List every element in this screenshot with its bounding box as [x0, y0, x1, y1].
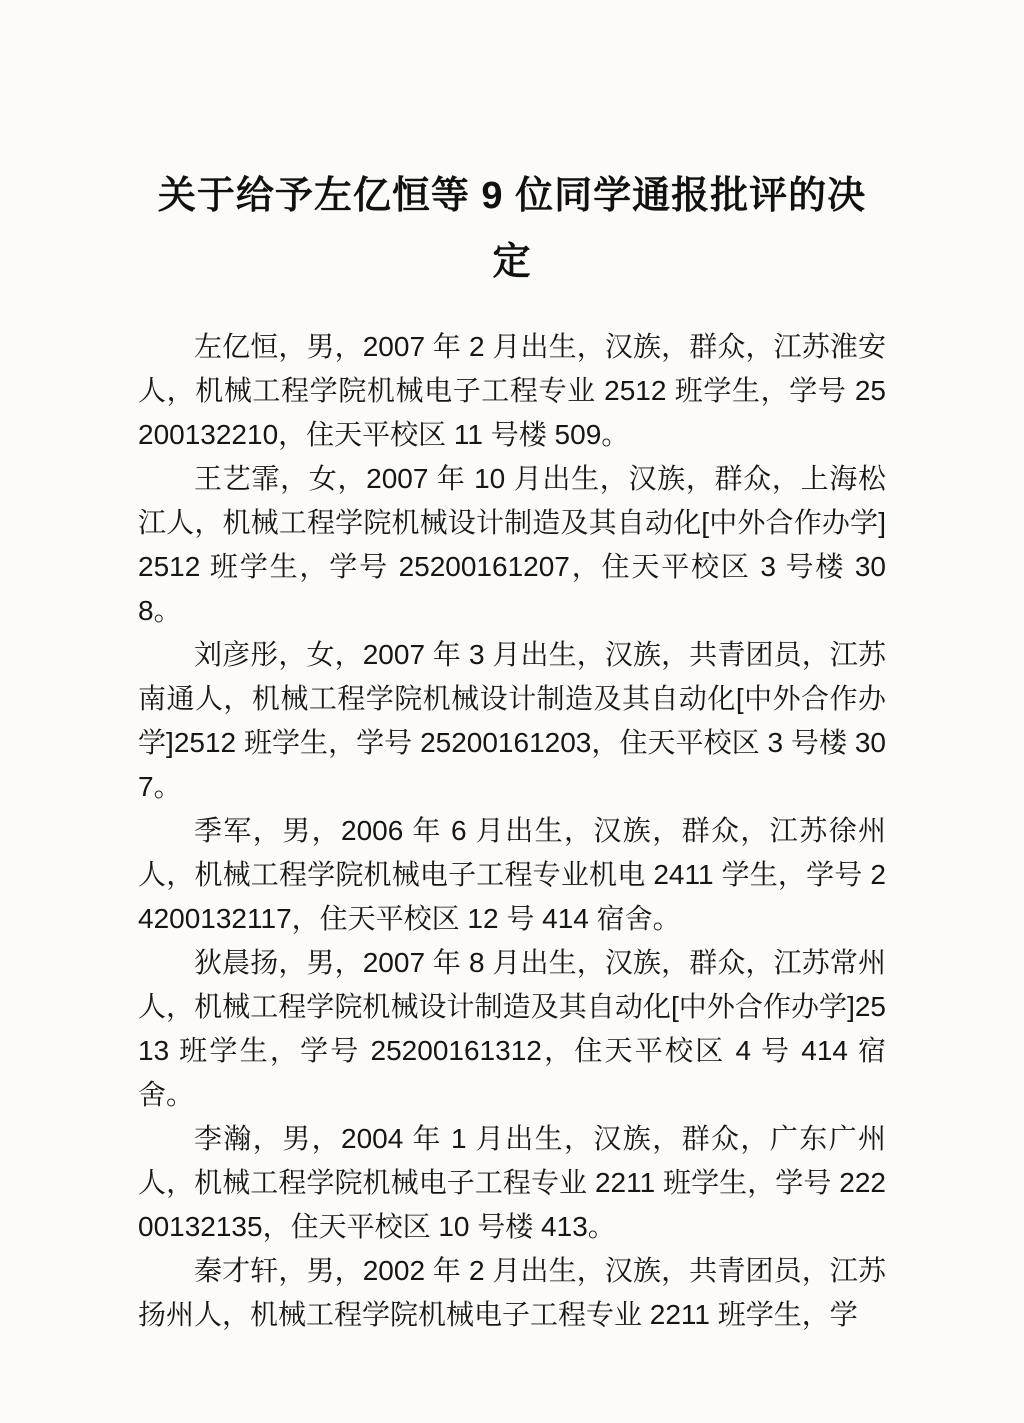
student-paragraph-wang-yifei: 王艺霏，女，2007 年 10 月出生，汉族，群众，上海松江人，机械工程学院机械…: [138, 457, 886, 633]
student-paragraph-qin-caixuan: 秦才轩，男，2002 年 2 月出生，汉族，共青团员，江苏扬州人，机械工程学院机…: [138, 1249, 886, 1337]
student-paragraph-zuo-yiheng: 左亿恒，男，2007 年 2 月出生，汉族，群众，江苏淮安人，机械工程学院机械电…: [138, 325, 886, 457]
document-page: 关于给予左亿恒等 9 位同学通报批评的决 定 左亿恒，男，2007 年 2 月出…: [0, 0, 1024, 1423]
title-line-1: 关于给予左亿恒等 9 位同学通报批评的决: [138, 163, 886, 229]
title-line-2: 定: [138, 229, 886, 295]
document-title: 关于给予左亿恒等 9 位同学通报批评的决 定: [138, 163, 886, 295]
student-paragraph-di-chenyang: 狄晨扬，男，2007 年 8 月出生，汉族，群众，江苏常州人，机械工程学院机械设…: [138, 941, 886, 1117]
document-body: 左亿恒，男，2007 年 2 月出生，汉族，群众，江苏淮安人，机械工程学院机械电…: [138, 325, 886, 1337]
document-content: 关于给予左亿恒等 9 位同学通报批评的决 定 左亿恒，男，2007 年 2 月出…: [0, 0, 1024, 1337]
student-paragraph-ji-jun: 季军，男，2006 年 6 月出生，汉族，群众，江苏徐州人，机械工程学院机械电子…: [138, 809, 886, 941]
student-paragraph-liu-yantong: 刘彦彤，女，2007 年 3 月出生，汉族，共青团员，江苏南通人，机械工程学院机…: [138, 633, 886, 809]
student-paragraph-li-han: 李瀚，男，2004 年 1 月出生，汉族，群众，广东广州人，机械工程学院机械电子…: [138, 1117, 886, 1249]
